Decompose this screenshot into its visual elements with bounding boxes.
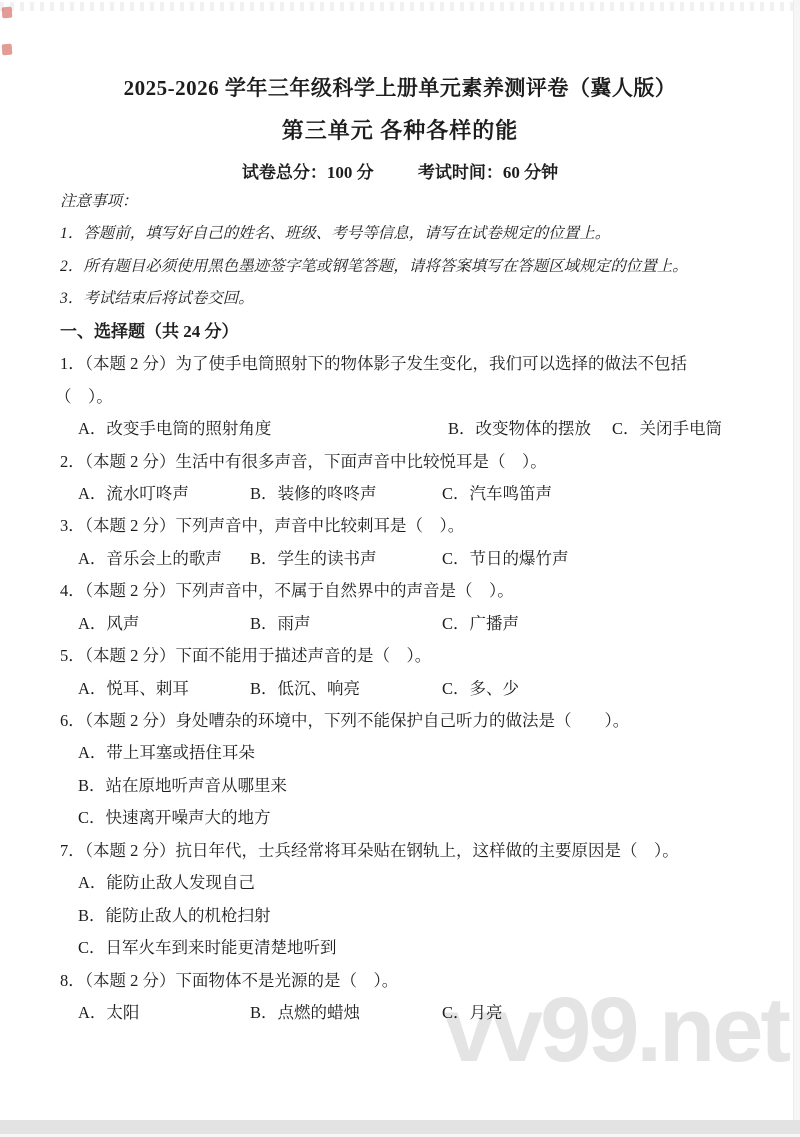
question-stem: 2．（本题 2 分）生活中有很多声音，下面声音中比较悦耳是（ ）。	[0, 446, 800, 478]
paper-meta: 试卷总分：100 分 考试时间：60 分钟	[0, 158, 800, 183]
option-item: B．装修的咚咚声	[250, 478, 377, 510]
option-item: B．站在原地听声音从哪里来	[0, 770, 800, 802]
notice-item: 2．所有题目必须使用黑色墨迹签字笔或钢笔答题，请将答案填写在答题区域规定的位置上…	[0, 251, 800, 283]
option-item: A．能防止敌人发现自己	[0, 867, 800, 899]
option-item: C．关闭手电筒	[612, 413, 722, 445]
option-item: C．快速离开噪声大的地方	[0, 802, 800, 834]
notice-item: 3．考试结束后将试卷交回。	[0, 283, 800, 315]
notice-item: 1．答题前，填写好自己的姓名、班级、考号等信息，请写在试卷规定的位置上。	[0, 218, 800, 250]
option-item: B．点燃的蜡烛	[250, 997, 360, 1029]
option-item: A．音乐会上的歌声	[78, 543, 222, 575]
option-item: B．低沉、响亮	[250, 673, 360, 705]
option-item: C．日军火车到来时能更清楚地听到	[0, 932, 800, 964]
options-row: A．音乐会上的歌声B．学生的读书声C．节日的爆竹声	[0, 543, 800, 575]
option-item: A．流水叮咚声	[78, 478, 189, 510]
option-item: C．节日的爆竹声	[442, 543, 569, 575]
paper-body: 注意事项：1．答题前，填写好自己的姓名、班级、考号等信息，请写在试卷规定的位置上…	[0, 186, 800, 1029]
option-item: B．学生的读书声	[250, 543, 377, 575]
option-item: C．多、少	[442, 673, 519, 705]
red-mark-icon	[2, 7, 13, 19]
option-item: A．太阳	[78, 997, 139, 1029]
option-item: A．改变手电筒的照射角度	[78, 413, 271, 445]
question-stem: 6．（本题 2 分）身处嘈杂的环境中，下列不能保护自己听力的做法是（ ）。	[0, 705, 800, 737]
options-row: A．流水叮咚声B．装修的咚咚声C．汽车鸣笛声	[0, 478, 800, 510]
options-row: A．风声B．雨声C．广播声	[0, 608, 800, 640]
option-item: B．雨声	[250, 608, 311, 640]
question-stem: 1．（本题 2 分）为了使手电筒照射下的物体影子发生变化，我们可以选择的做法不包…	[0, 348, 800, 380]
question-stem: （ ）。	[0, 381, 800, 413]
perforation-texture	[0, 2, 800, 11]
option-item: C．月亮	[442, 997, 503, 1029]
question-stem: 4．（本题 2 分）下列声音中，不属于自然界中的声音是（ ）。	[0, 575, 800, 607]
option-item: A．悦耳、刺耳	[78, 673, 189, 705]
question-stem: 7．（本题 2 分）抗日年代，士兵经常将耳朵贴在钢轨上，这样做的主要原因是（ ）…	[0, 835, 800, 867]
options-row: A．太阳B．点燃的蜡烛C．月亮	[0, 997, 800, 1029]
red-mark-icon	[2, 44, 13, 56]
total-score: 试卷总分：100 分	[242, 163, 374, 182]
exam-time: 考试时间：60 分钟	[418, 163, 558, 182]
question-stem: 8．（本题 2 分）下面物体不是光源的是（ ）。	[0, 965, 800, 997]
paper-title: 2025-2026 学年三年级科学上册单元素养测评卷（冀人版）	[0, 72, 800, 102]
option-item: A．带上耳塞或捂住耳朵	[0, 737, 800, 769]
notice-heading: 注意事项：	[0, 186, 800, 218]
option-item: B．能防止敌人的机枪扫射	[0, 900, 800, 932]
question-stem: 3．（本题 2 分）下列声音中，声音中比较刺耳是（ ）。	[0, 510, 800, 542]
options-row: A．悦耳、刺耳B．低沉、响亮C．多、少	[0, 673, 800, 705]
option-item: B．改变物体的摆放	[448, 413, 591, 445]
exam-paper-page: 2025-2026 学年三年级科学上册单元素养测评卷（冀人版） 第三单元 各种各…	[0, 0, 800, 1137]
page-bottom-bar	[0, 1120, 800, 1134]
options-row: A．改变手电筒的照射角度B．改变物体的摆放C．关闭手电筒	[0, 413, 800, 445]
option-item: C．汽车鸣笛声	[442, 478, 552, 510]
section-heading: 一、选择题（共 24 分）	[0, 316, 800, 348]
option-item: A．风声	[78, 608, 139, 640]
unit-title: 第三单元 各种各样的能	[0, 114, 800, 145]
option-item: C．广播声	[442, 608, 519, 640]
question-stem: 5．（本题 2 分）下面不能用于描述声音的是（ ）。	[0, 640, 800, 672]
